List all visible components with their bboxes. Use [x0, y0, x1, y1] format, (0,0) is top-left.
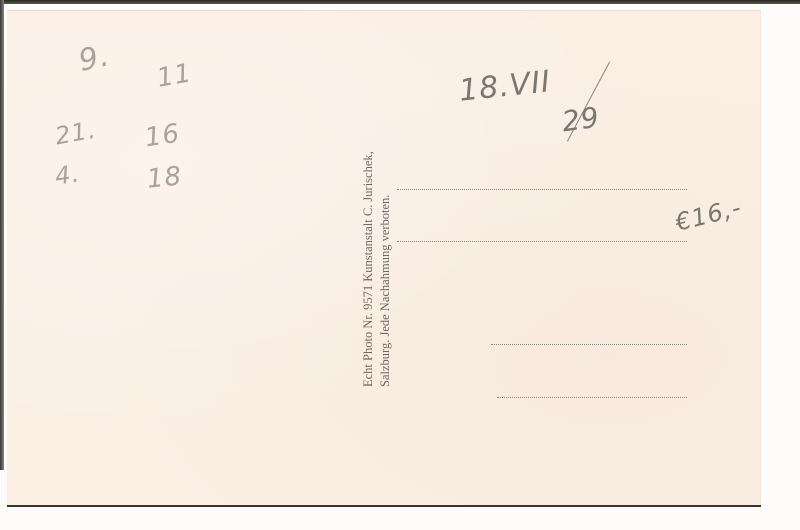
- pencil-date: 18.VII: [457, 64, 552, 108]
- postcard-back: 9. 11 21. 16 4. 18 Echt Photo Nr. 9571 K…: [7, 10, 761, 505]
- imprint-line-2: Salzburg. Jede Nachahmung verboten.: [377, 47, 394, 387]
- address-line-4: [497, 397, 687, 398]
- address-line-3: [491, 344, 687, 345]
- scan-border-top: [0, 0, 800, 4]
- address-line-2: [397, 241, 687, 242]
- note-row-3-left: 4.: [53, 159, 82, 190]
- pencil-price: €16,-: [673, 193, 745, 236]
- note-row-1-right: 11: [155, 58, 195, 94]
- publisher-imprint: Echt Photo Nr. 9571 Kunstanstalt C. Juri…: [360, 47, 394, 387]
- note-row-2-right: 16: [143, 119, 182, 154]
- imprint-line-1: Echt Photo Nr. 9571 Kunstanstalt C. Juri…: [360, 47, 377, 387]
- scan-border-left: [0, 0, 4, 470]
- note-row-3-right: 18: [146, 161, 184, 195]
- note-row-2-left: 21.: [53, 116, 98, 151]
- address-line-1: [397, 189, 687, 190]
- note-row-1-left: 9.: [76, 38, 113, 79]
- pencil-year: 29: [560, 101, 602, 139]
